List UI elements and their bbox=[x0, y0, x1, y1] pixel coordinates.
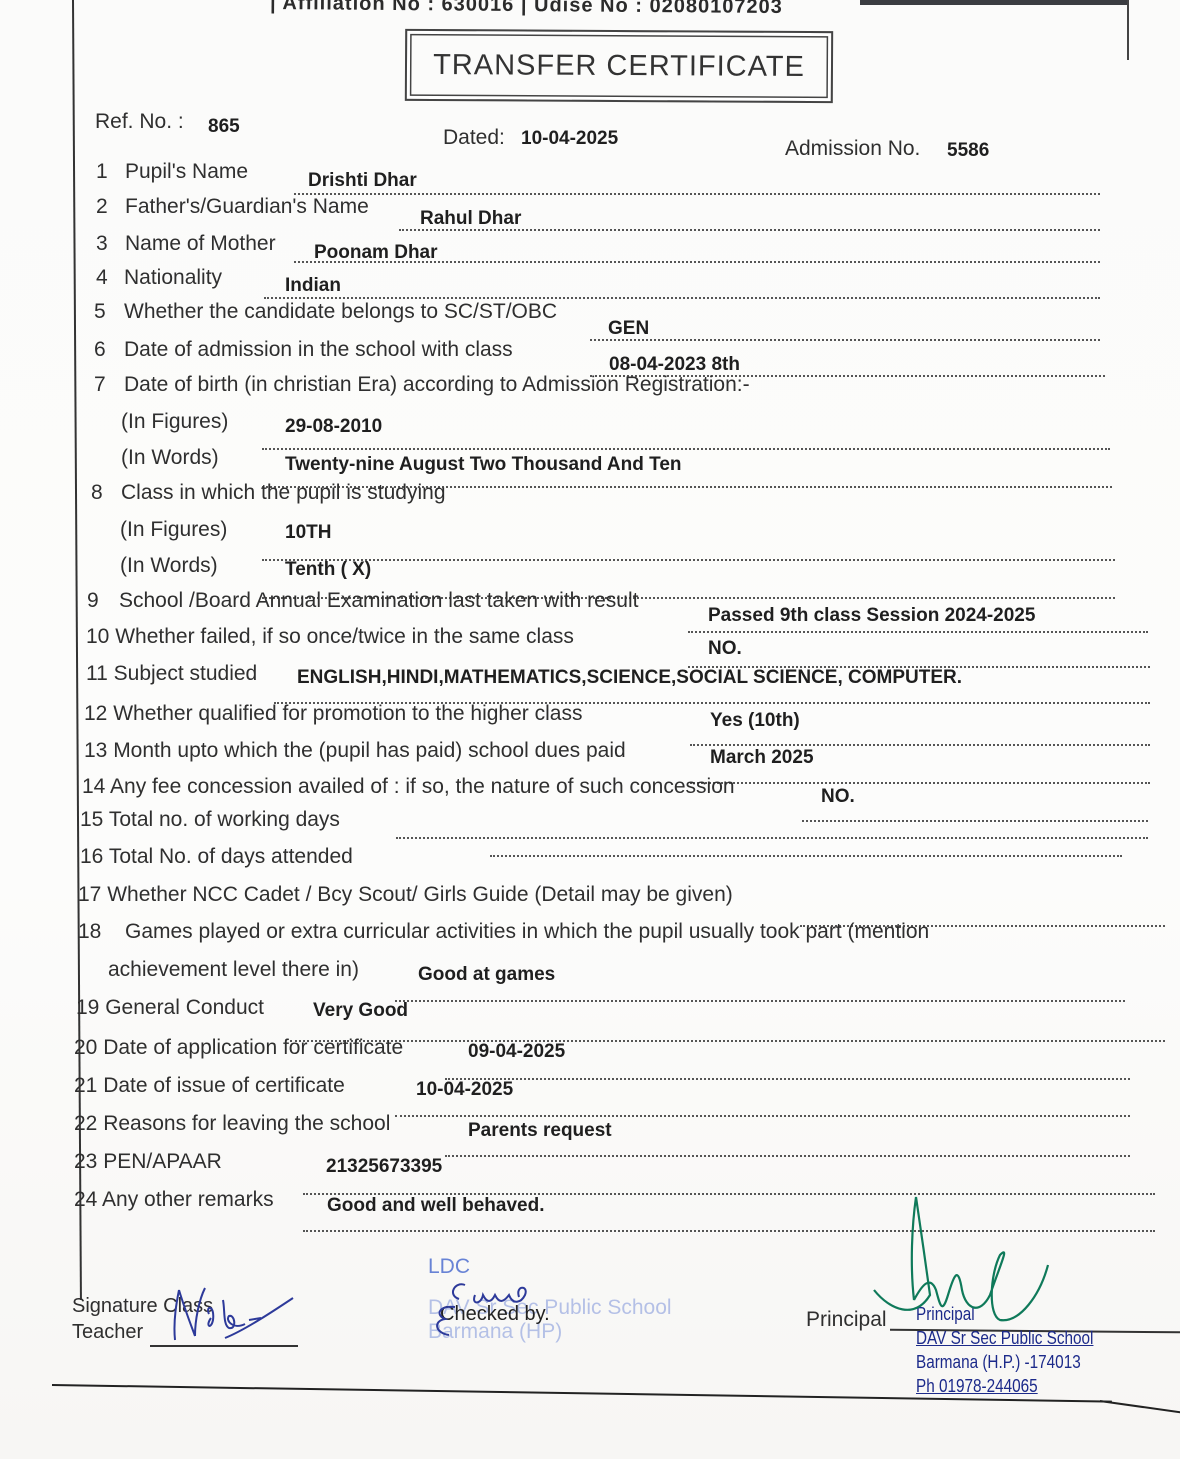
field-number: 8 bbox=[91, 481, 103, 505]
field-value: Very Good bbox=[313, 1000, 408, 1022]
principal-stamp-line-3: Barmana (H.P.) -174013 bbox=[916, 1350, 1093, 1374]
ldc-signature-icon bbox=[425, 1275, 555, 1345]
field-value: Good and well behaved. bbox=[327, 1195, 544, 1217]
frame-border-left bbox=[72, 0, 81, 1300]
field-label: Father's/Guardian's Name bbox=[125, 195, 369, 219]
dotted-fill-line bbox=[262, 448, 1110, 450]
field-label: 21 Date of issue of certificate bbox=[74, 1074, 345, 1098]
dated-value: 10-04-2025 bbox=[521, 128, 618, 150]
field-value: Poonam Dhar bbox=[314, 242, 438, 264]
frame-border-right bbox=[1127, 0, 1129, 60]
field-label-continued: achievement level there in) bbox=[108, 958, 359, 982]
field-number: 2 bbox=[96, 195, 108, 219]
field-number: 4 bbox=[96, 266, 108, 290]
dotted-fill-line bbox=[264, 297, 1100, 299]
dotted-fill-line bbox=[395, 1115, 1130, 1117]
field-number: 18 bbox=[78, 920, 101, 944]
field-number: 7 bbox=[94, 373, 106, 397]
dotted-fill-line bbox=[690, 744, 1150, 746]
field-value: Drishti Dhar bbox=[308, 170, 417, 192]
field-value: Passed 9th class Session 2024-2025 bbox=[708, 605, 1035, 627]
field-label: (In Figures) bbox=[120, 518, 227, 542]
ref-no-value: 865 bbox=[208, 116, 240, 138]
certificate-title: TRANSFER CERTIFICATE bbox=[407, 49, 831, 84]
field-label: Date of birth (in christian Era) accordi… bbox=[124, 373, 750, 397]
affiliation-line: | Affiliation No : 630016 | Udise No : 0… bbox=[270, 0, 783, 19]
field-value: Twenty-nine August Two Thousand And Ten bbox=[285, 454, 682, 476]
field-label: 11 Subject studied bbox=[86, 662, 257, 686]
field-label: 24 Any other remarks bbox=[74, 1188, 274, 1212]
field-value: Rahul Dhar bbox=[420, 208, 521, 230]
field-value: GEN bbox=[608, 318, 649, 340]
field-value: 10-04-2025 bbox=[416, 1079, 513, 1101]
field-label: 20 Date of application for certificate bbox=[74, 1036, 403, 1060]
field-label: Pupil's Name bbox=[125, 160, 248, 184]
field-label: (In Words) bbox=[120, 554, 218, 578]
ref-no-label: Ref. No. : bbox=[95, 110, 184, 134]
dotted-fill-line bbox=[490, 855, 1122, 857]
dotted-fill-line bbox=[395, 1000, 1125, 1002]
principal-signature-icon bbox=[870, 1195, 1060, 1330]
certificate-title-box: TRANSFER CERTIFICATE bbox=[405, 29, 833, 103]
field-number: 1 bbox=[96, 160, 108, 184]
principal-stamp-line-4: Ph 01978-244065 bbox=[916, 1374, 1093, 1398]
dotted-fill-line bbox=[590, 339, 1100, 341]
field-label: 22 Reasons for leaving the school bbox=[74, 1112, 390, 1136]
field-label: 19 General Conduct bbox=[76, 996, 264, 1020]
dated-label: Dated: bbox=[443, 126, 505, 150]
field-label: Nationality bbox=[124, 266, 222, 290]
field-value: Yes (10th) bbox=[710, 710, 800, 732]
field-value: 10TH bbox=[285, 522, 331, 544]
admission-no-label: Admission No. bbox=[785, 137, 920, 161]
frame-border-tail bbox=[1100, 1400, 1180, 1414]
dotted-fill-line bbox=[396, 837, 1148, 839]
field-label: 16 Total No. of days attended bbox=[80, 845, 353, 869]
dotted-fill-line bbox=[294, 193, 1100, 195]
admission-no-value: 5586 bbox=[947, 140, 989, 162]
field-label: 12 Whether qualified for promotion to th… bbox=[84, 702, 582, 726]
field-label: 23 PEN/APAAR bbox=[74, 1150, 222, 1174]
dotted-fill-line bbox=[688, 631, 1148, 633]
class-teacher-signature-icon bbox=[165, 1270, 300, 1350]
field-number: 5 bbox=[94, 300, 106, 324]
class-teacher-label-2: Teacher bbox=[72, 1321, 143, 1344]
field-label: Class in which the pupil is studying bbox=[121, 481, 446, 505]
field-value: NO. bbox=[708, 638, 742, 660]
field-value: Good at games bbox=[418, 964, 555, 986]
letterhead-band bbox=[860, 0, 1128, 5]
field-label: School /Board Annual Examination last ta… bbox=[119, 589, 638, 613]
field-label: Games played or extra curricular activit… bbox=[125, 920, 929, 944]
certificate-page: | Affiliation No : 630016 | Udise No : 0… bbox=[0, 0, 1180, 1459]
field-value: 21325673395 bbox=[326, 1156, 442, 1178]
field-label: 13 Month upto which the (pupil has paid)… bbox=[84, 739, 626, 763]
field-label: 14 Any fee concession availed of : if so… bbox=[82, 775, 735, 799]
field-label: Name of Mother bbox=[125, 232, 276, 256]
field-number: 6 bbox=[94, 338, 106, 362]
dotted-fill-line bbox=[290, 1040, 1165, 1042]
dotted-fill-line bbox=[690, 782, 1150, 784]
field-value: 29-08-2010 bbox=[285, 416, 382, 438]
dotted-fill-line bbox=[445, 1078, 1130, 1080]
field-label: Whether the candidate belongs to SC/ST/O… bbox=[124, 300, 557, 324]
field-label: 17 Whether NCC Cadet / Bcy Scout/ Girls … bbox=[78, 883, 733, 907]
field-label: 10 Whether failed, if so once/twice in t… bbox=[86, 625, 574, 649]
field-value: ENGLISH,HINDI,MATHEMATICS,SCIENCE,SOCIAL… bbox=[297, 667, 962, 689]
dotted-fill-line bbox=[262, 559, 1115, 561]
field-value: NO. bbox=[821, 786, 855, 808]
field-value: 09-04-2025 bbox=[468, 1041, 565, 1063]
field-label: 15 Total no. of working days bbox=[80, 808, 340, 832]
field-value: Tenth ( X) bbox=[285, 559, 371, 581]
field-value: March 2025 bbox=[710, 747, 814, 769]
field-number: 3 bbox=[96, 232, 108, 256]
field-label: Date of admission in the school with cla… bbox=[124, 338, 513, 362]
dotted-fill-line bbox=[445, 1155, 1130, 1157]
dotted-fill-line bbox=[802, 820, 1148, 822]
field-label: (In Figures) bbox=[121, 410, 228, 434]
field-value: Indian bbox=[285, 275, 341, 297]
field-value: Parents request bbox=[468, 1120, 612, 1142]
field-label: (In Words) bbox=[121, 446, 219, 470]
field-number: 9 bbox=[87, 589, 99, 613]
